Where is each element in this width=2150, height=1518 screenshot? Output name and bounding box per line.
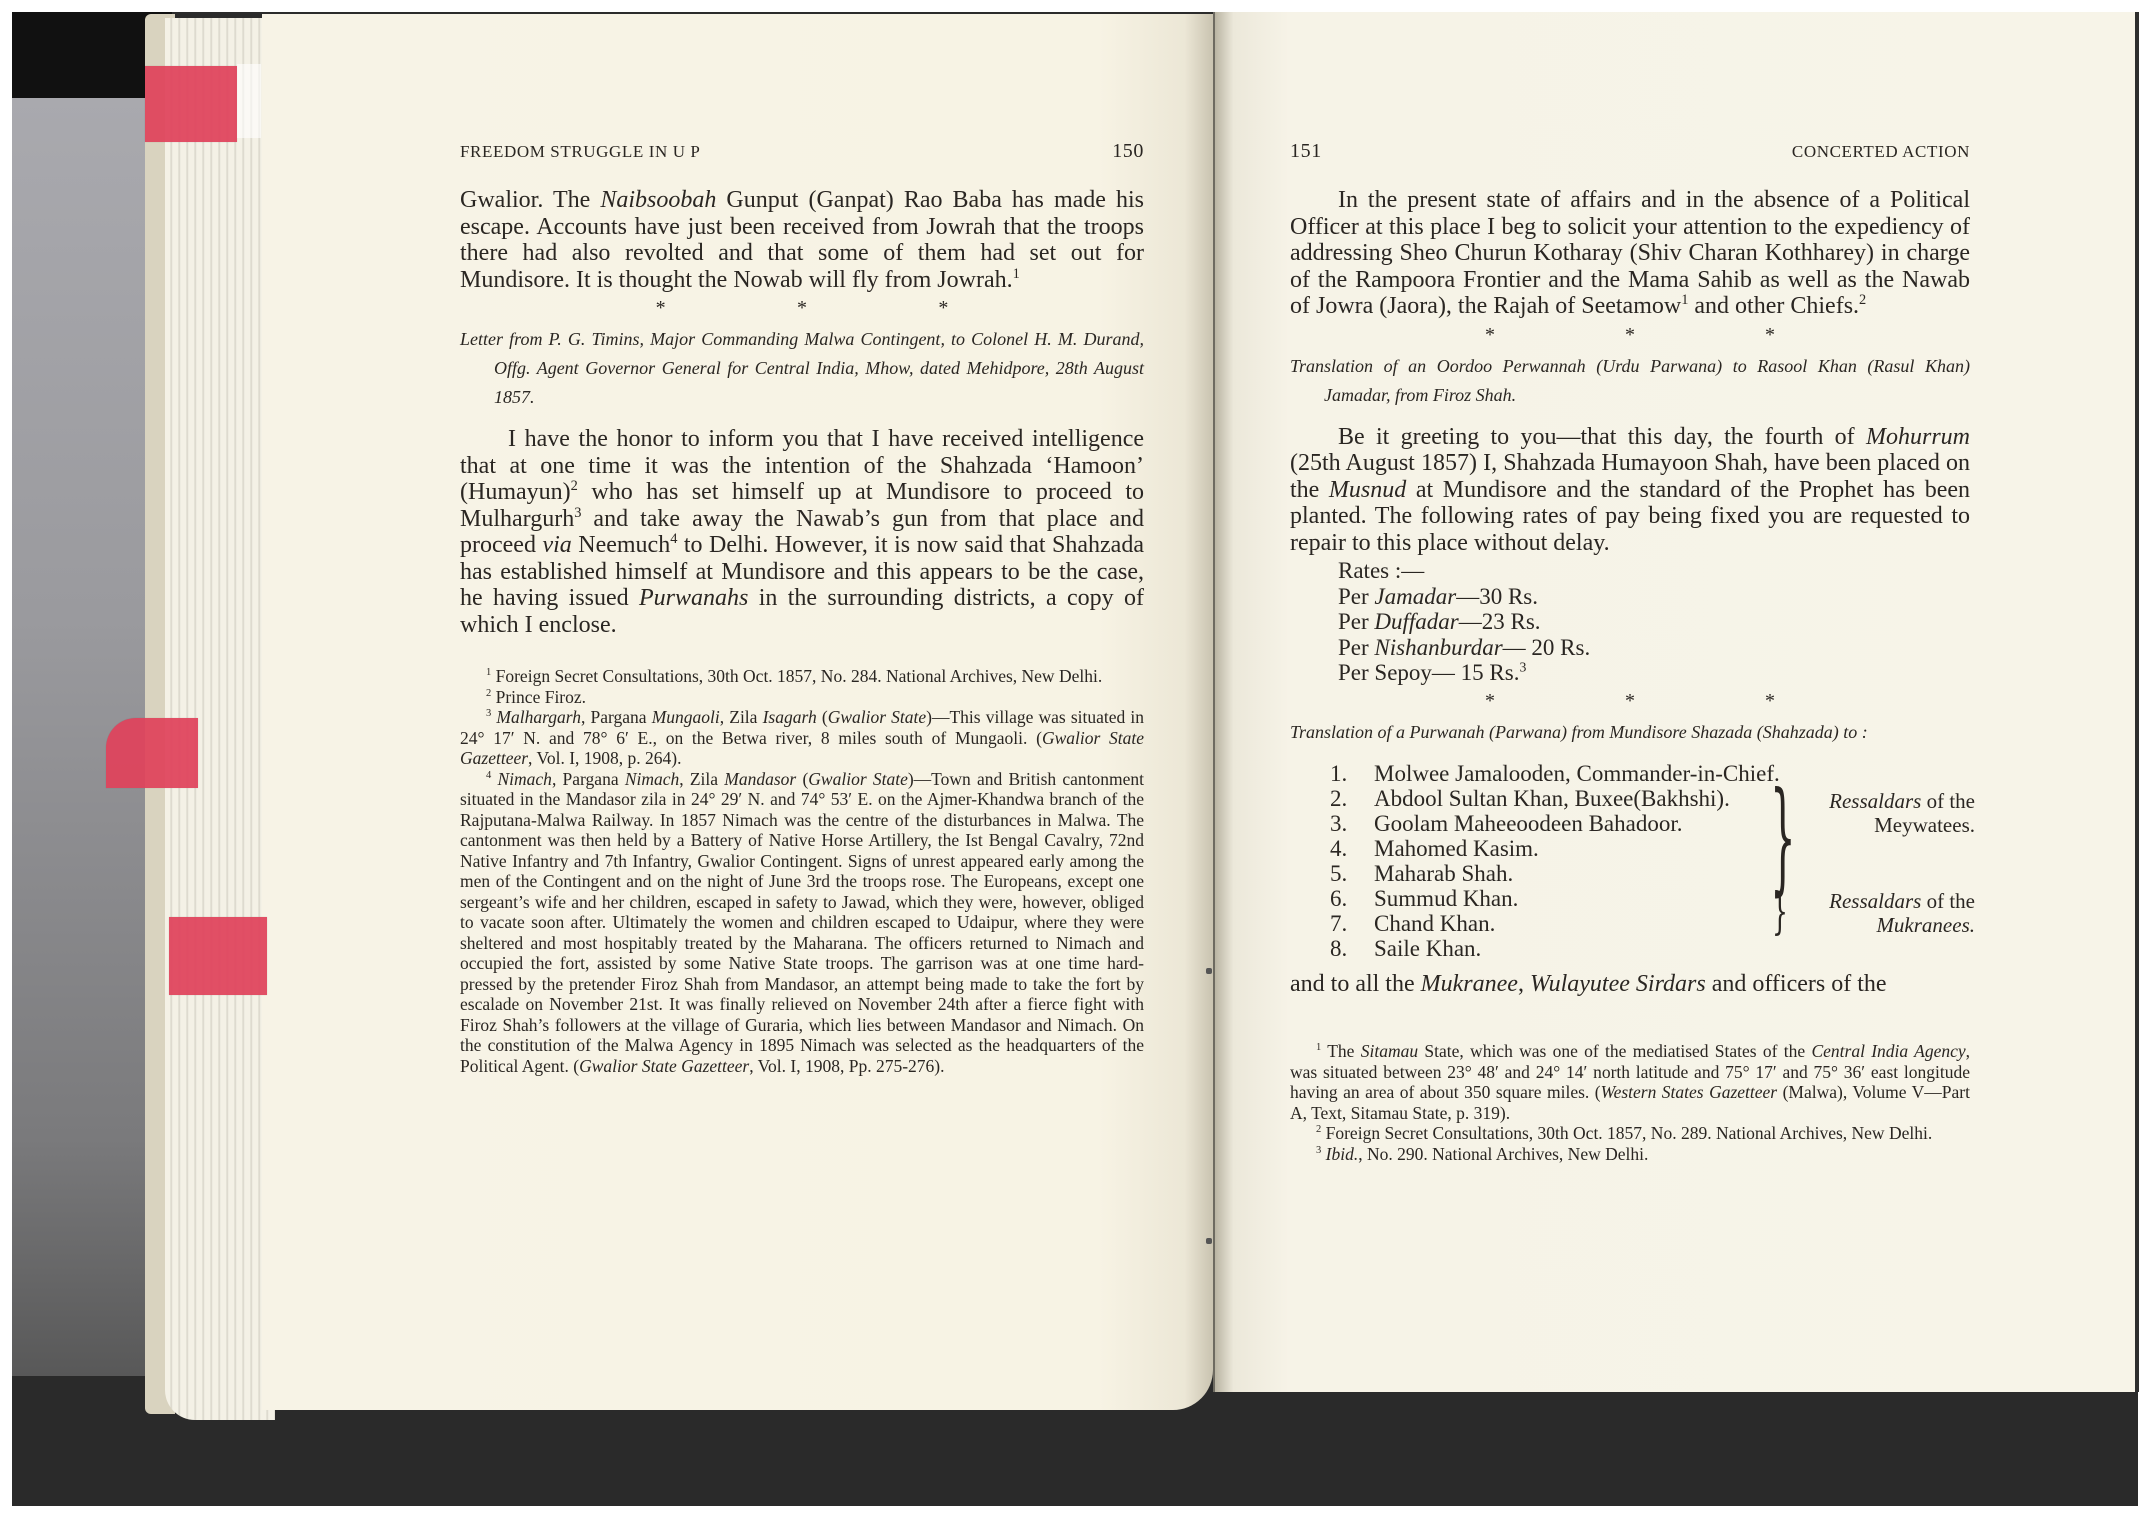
footnote-4: 4 Nimach, Pargana Nimach, Zila Mandasor … — [460, 769, 1144, 1077]
binding-mark — [1206, 1238, 1212, 1244]
page-number: 150 — [1112, 140, 1144, 163]
running-head-right: 151 CONCERTED ACTION — [1290, 140, 1970, 163]
brace-note-mukranees: Ressaldars of the Mukranees. — [1805, 889, 1975, 937]
footnote-1: 1 Foreign Secret Consultations, 30th Oct… — [460, 666, 1144, 687]
footnote-3: 3 Malhargarh, Pargana Mungaoli, Zila Isa… — [460, 707, 1144, 769]
document-caption: Translation of a Purwanah (Parwana) from… — [1290, 718, 1970, 747]
rate-item: Per Nishanburdar— 20 Rs. — [1338, 635, 1970, 661]
bookmark-tab-top[interactable] — [145, 66, 237, 142]
document-caption: Translation of an Oordoo Perwannah (Urdu… — [1290, 352, 1970, 410]
paragraph-continuation: In the present state of affairs and in t… — [1290, 187, 1970, 320]
right-page-content: 151 CONCERTED ACTION In the present stat… — [1290, 140, 1970, 1164]
book-right-edge — [2135, 12, 2139, 1392]
rates-heading: Rates :— — [1338, 558, 1970, 584]
section-separator: *** — [1290, 690, 1970, 712]
paragraph-continuation: Gwalior. The Naibsoobah Gunput (Ganpat) … — [460, 187, 1144, 293]
rate-item: Per Sepoy— 15 Rs.3 — [1338, 660, 1970, 686]
footnote-3: 3 Ibid., No. 290. National Archives, New… — [1290, 1144, 1970, 1165]
running-head-title: FREEDOM STRUGGLE IN U P — [460, 142, 700, 162]
running-head-title: CONCERTED ACTION — [1792, 142, 1970, 162]
footnote-ref[interactable]: 2 — [571, 478, 578, 494]
bookmark-tab-lower[interactable] — [169, 917, 267, 995]
footnote-ref[interactable]: 3 — [1519, 659, 1526, 674]
rate-item: Per Jamadar—30 Rs. — [1338, 584, 1970, 610]
binding-mark — [1206, 968, 1212, 974]
footnote-ref[interactable]: 2 — [1859, 292, 1866, 308]
running-head-left: FREEDOM STRUGGLE IN U P 150 — [460, 140, 1144, 163]
section-separator: *** — [460, 297, 1144, 319]
footnotes-left: 1 Foreign Secret Consultations, 30th Oct… — [460, 666, 1144, 1076]
paragraph-recipients-tail: and to all the Mukranee, Wulayutee Sirda… — [1290, 971, 1970, 998]
list-item: 8.Saile Khan. — [1330, 936, 1970, 961]
letter-paragraph: I have the honor to inform you that I ha… — [460, 426, 1144, 638]
pay-rates-list: Rates :— Per Jamadar—30 Rs. Per Duffadar… — [1290, 558, 1970, 686]
parwana-paragraph: Be it greeting to you—that this day, the… — [1290, 424, 1970, 557]
section-separator: *** — [1290, 324, 1970, 346]
rate-item: Per Duffadar—23 Rs. — [1338, 609, 1970, 635]
footnote-2: 2 Foreign Secret Consultations, 30th Oct… — [1290, 1123, 1970, 1144]
page-number: 151 — [1290, 140, 1322, 163]
list-item: 4.Mahomed Kasim. — [1330, 836, 1970, 861]
list-item: 1.Molwee Jamalooden, Commander-in-Chief. — [1330, 761, 1970, 786]
bookmark-tab-clear-strip — [237, 64, 261, 138]
bookmark-tab-middle[interactable] — [106, 718, 198, 788]
left-page-content: FREEDOM STRUGGLE IN U P 150 Gwalior. The… — [460, 140, 1144, 1076]
list-item: 5.Maharab Shah. — [1330, 861, 1970, 886]
footnotes-right: 1 The Sitamau State, which was one of th… — [1290, 1041, 1970, 1164]
recipient-list: 1.Molwee Jamalooden, Commander-in-Chief.… — [1330, 761, 1970, 961]
footnote-2: 2 Prince Firoz. — [460, 687, 1144, 708]
brace-icon: } — [1772, 886, 1788, 936]
brace-note-meywatees: Ressaldars of the Meywatees. — [1805, 789, 1975, 837]
brace-icon: } — [1770, 777, 1796, 899]
document-caption: Letter from P. G. Timins, Major Commandi… — [460, 325, 1144, 412]
footnote-1: 1 The Sitamau State, which was one of th… — [1290, 1041, 1970, 1123]
footnote-ref[interactable]: 1 — [1013, 266, 1020, 282]
